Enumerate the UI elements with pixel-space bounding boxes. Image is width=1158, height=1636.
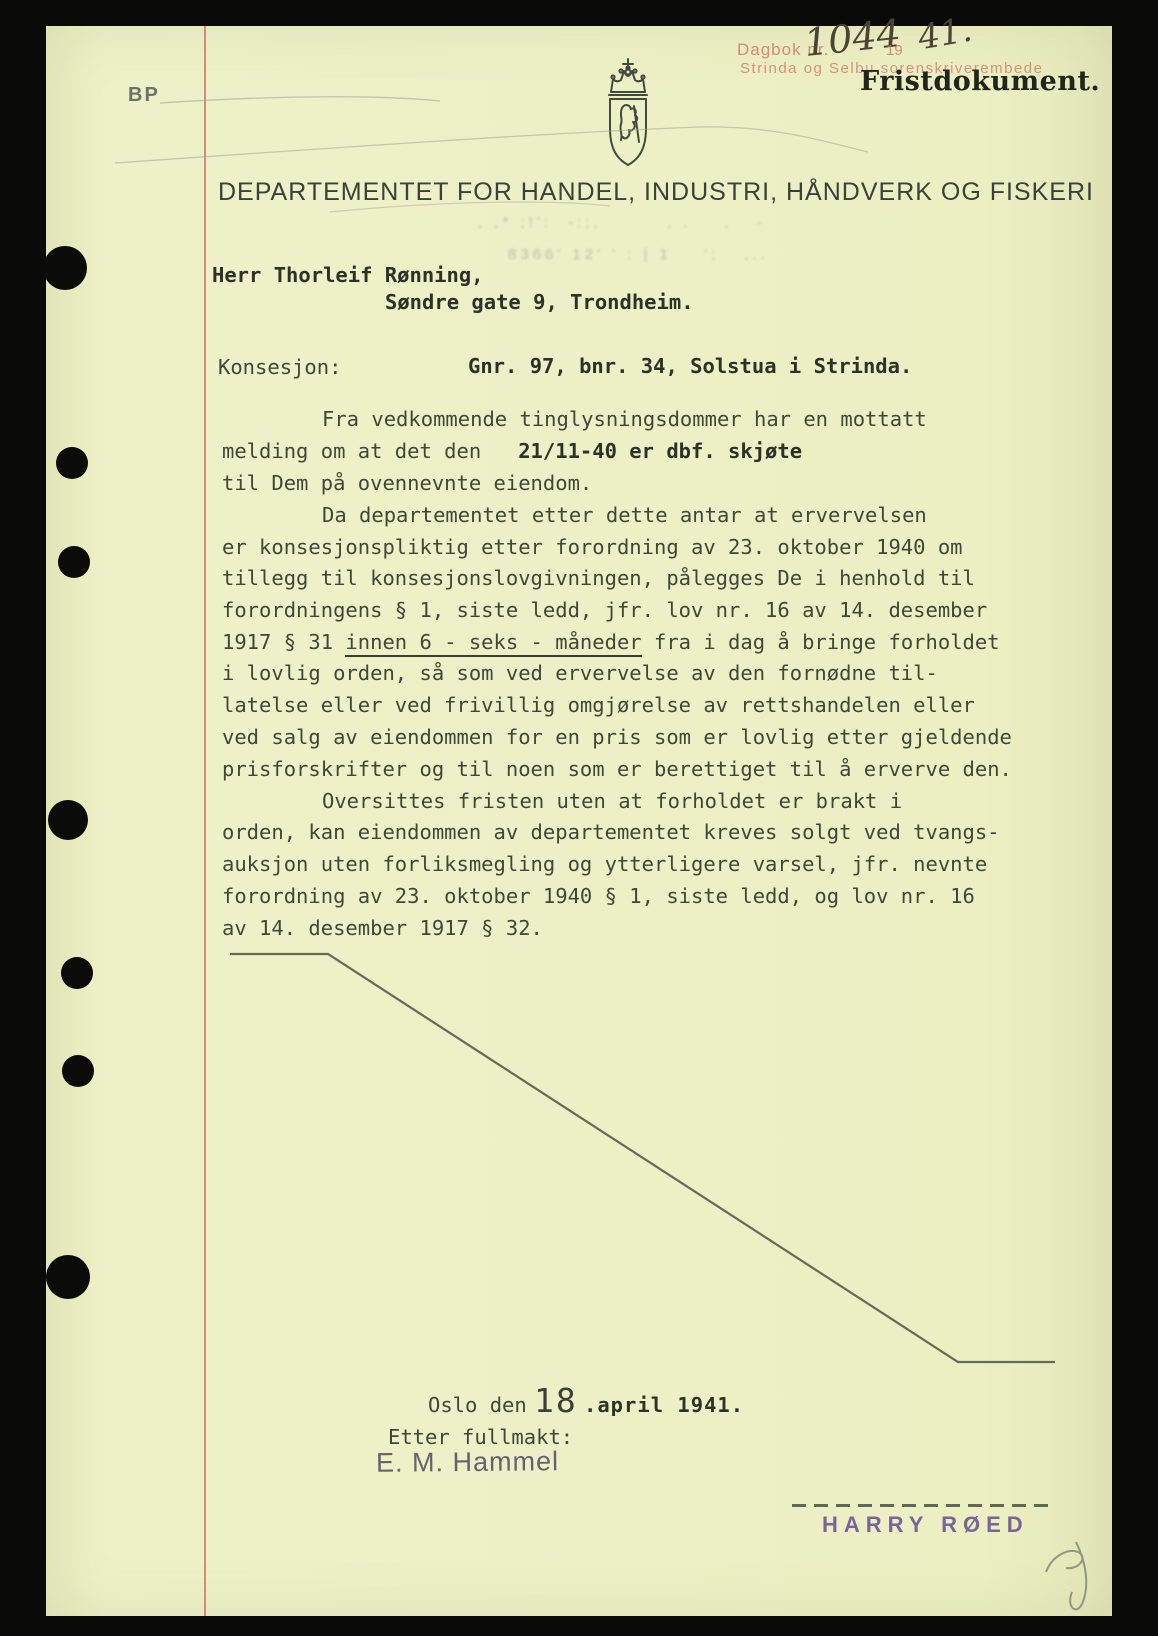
typewriter-line: forordningens § 1, siste ledd, jfr. lov … xyxy=(222,597,987,623)
typewriter-line: ved salg av eiendommen for en pris som e… xyxy=(222,724,1012,750)
signature-dashed-rule xyxy=(792,1504,1056,1507)
subject-value: Gnr. 97, bnr. 34, Solstua i Strinda. xyxy=(468,353,912,379)
department-letterhead: DEPARTEMENTET FOR HANDEL, INDUSTRI, HÅND… xyxy=(218,178,1094,207)
typewriter-line: melding om at det den 21/11-40 er dbf. s… xyxy=(222,438,802,464)
typewriter-line: av 14. desember 1917 § 32. xyxy=(222,915,543,941)
typewriter-line: tillegg til konsesjonslovgivningen, påle… xyxy=(222,565,975,591)
punch-hole xyxy=(48,800,88,840)
dateline-day-stamp: 18 xyxy=(534,1381,578,1420)
typewriter-line: latelse eller ved frivillig omgjørelse a… xyxy=(222,692,975,718)
national-coat-of-arms-icon xyxy=(594,56,662,177)
typewriter-line: prisforskrifter og til noen som er beret… xyxy=(222,756,1012,782)
illegible-stamp-row: , ,* ;!': -:;, , . , - xyxy=(478,214,766,231)
dateline-month-year: .april 1941. xyxy=(584,1392,744,1418)
scanned-document-page: BP Dagbok nr. 1044 19 41. Strinda og Sel… xyxy=(0,0,1158,1636)
punch-hole xyxy=(46,1255,90,1299)
red-margin-rule xyxy=(204,26,206,1616)
typewriter-line: orden, kan eiendommen av departementet k… xyxy=(222,819,1000,845)
registry-year-printed: 19 xyxy=(886,42,903,59)
typewriter-line: 1917 § 31 innen 6 - seks - måneder fra i… xyxy=(222,629,1000,655)
recipient-address: Søndre gate 9, Trondheim. xyxy=(385,289,694,315)
recipient-name: Herr Thorleif Rønning, xyxy=(212,262,484,288)
punch-hole xyxy=(58,546,90,578)
typewriter-line: Da departementet etter dette antar at er… xyxy=(322,502,927,528)
typewriter-line: til Dem på ovennevnte eiendom. xyxy=(222,470,592,496)
typewriter-line: auksjon uten forliksmegling og ytterlige… xyxy=(222,851,987,877)
fristdokument-stamp: Fristdokument. xyxy=(860,66,1100,97)
corner-initials-stamp: BP xyxy=(128,84,160,107)
punch-hole xyxy=(43,246,87,290)
subject-label: Konsesjon: xyxy=(218,354,341,380)
typewriter-line: er konsesjonspliktig etter forordning av… xyxy=(222,534,963,560)
typewriter-line: Fra vedkommende tinglysningsdommer har e… xyxy=(322,406,927,432)
signature-name-stamp: E. M. Hammel xyxy=(376,1446,559,1479)
punch-hole xyxy=(61,957,93,989)
typewriter-line: Oversittes fristen uten at forholdet er … xyxy=(322,788,902,814)
punch-hole xyxy=(56,447,88,479)
typewriter-line: forordning av 23. oktober 1940 § 1, sist… xyxy=(222,883,975,909)
illegible-stamp-row: 8366' 12' ' : | 1 '; ,.. xyxy=(508,246,769,263)
dateline-prefix: Oslo den xyxy=(428,1392,527,1418)
typewriter-line: i lovlig orden, så som ved ervervelse av… xyxy=(222,660,938,686)
countersign-name-stamp: HARRY RØED xyxy=(822,1512,1029,1538)
punch-hole xyxy=(62,1055,94,1087)
